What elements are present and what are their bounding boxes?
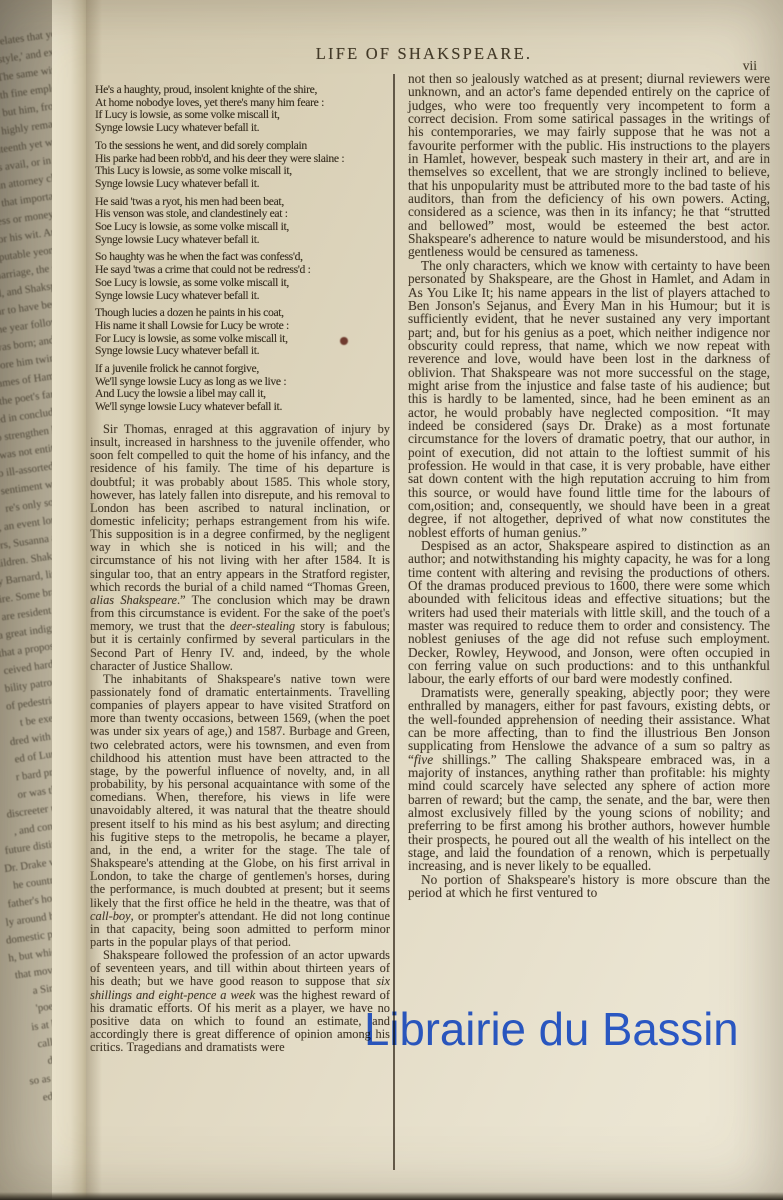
verse-line: Synge lowsie Lucy whatever befall it. [95, 178, 390, 191]
paragraph: No portion of Shakspeare's history is mo… [408, 873, 770, 900]
paragraph: not then so jealously watched as at pres… [408, 72, 770, 259]
verse-stanza: So haughty was he when the fact was conf… [95, 251, 390, 302]
verse-stanza: He said 'twas a ryot, his men had been b… [95, 196, 390, 247]
running-head: LIFE OF SHAKSPEARE. [316, 44, 532, 64]
paragraph: Despised as an actor, Shakspeare aspired… [408, 539, 770, 686]
paragraph: The inhabitants of Shakspeare's native t… [90, 673, 390, 949]
right-column: not then so jealously watched as at pres… [408, 72, 770, 899]
paragraph: Sir Thomas, enraged at this aggravation … [90, 423, 390, 673]
ink-spot [340, 337, 348, 345]
paragraph: Dramatists were, generally speaking, abj… [408, 686, 770, 873]
verse-line: If a juvenile frolick he cannot forgive, [95, 363, 390, 376]
paragraph: Shakspeare followed the profession of an… [90, 949, 390, 1054]
left-column-paragraphs: Sir Thomas, enraged at this aggravation … [90, 423, 390, 1055]
verse-line: He sayd 'twas a crime that could not be … [95, 264, 390, 277]
verse-stanza: If a juvenile frolick he cannot forgive,… [95, 363, 390, 414]
verse-line: We'll synge lowsie Lucy whatever befall … [95, 401, 390, 414]
verse-line: Synge lowsie Lucy whatever befall it. [95, 290, 390, 303]
verse-stanza: To the sessions he went, and did sorely … [95, 140, 390, 191]
verse-line: His name it shall Lowsie for Lucy be wro… [95, 320, 390, 333]
verse-line: Synge lowsie Lucy whatever befall it. [95, 345, 390, 358]
verse-stanza: He's a haughty, proud, insolent knighte … [95, 84, 390, 135]
verse-line: Soe Lucy is lowsie, as some volke miscal… [95, 277, 390, 290]
verse-line: To the sessions he went, and did sorely … [95, 140, 390, 153]
verse-line: He's a haughty, proud, insolent knighte … [95, 84, 390, 97]
left-column: He's a haughty, proud, insolent knighte … [90, 84, 390, 1054]
verse-line: Soe Lucy is lowsie, as some volke miscal… [95, 221, 390, 234]
verse-line: Synge lowsie Lucy whatever befall it. [95, 122, 390, 135]
verse-block: He's a haughty, proud, insolent knighte … [90, 84, 390, 414]
book-photo: e, relates that youhigh style,' and expr… [0, 0, 783, 1200]
watermark: Librairie du Bassin [364, 1002, 739, 1056]
paragraph: The only characters, which we know with … [408, 259, 770, 539]
verse-line: Synge lowsie Lucy whatever befall it. [95, 234, 390, 247]
verse-stanza: Though lucies a dozen he paints in his c… [95, 307, 390, 358]
photo-bottom-edge [0, 1192, 783, 1200]
